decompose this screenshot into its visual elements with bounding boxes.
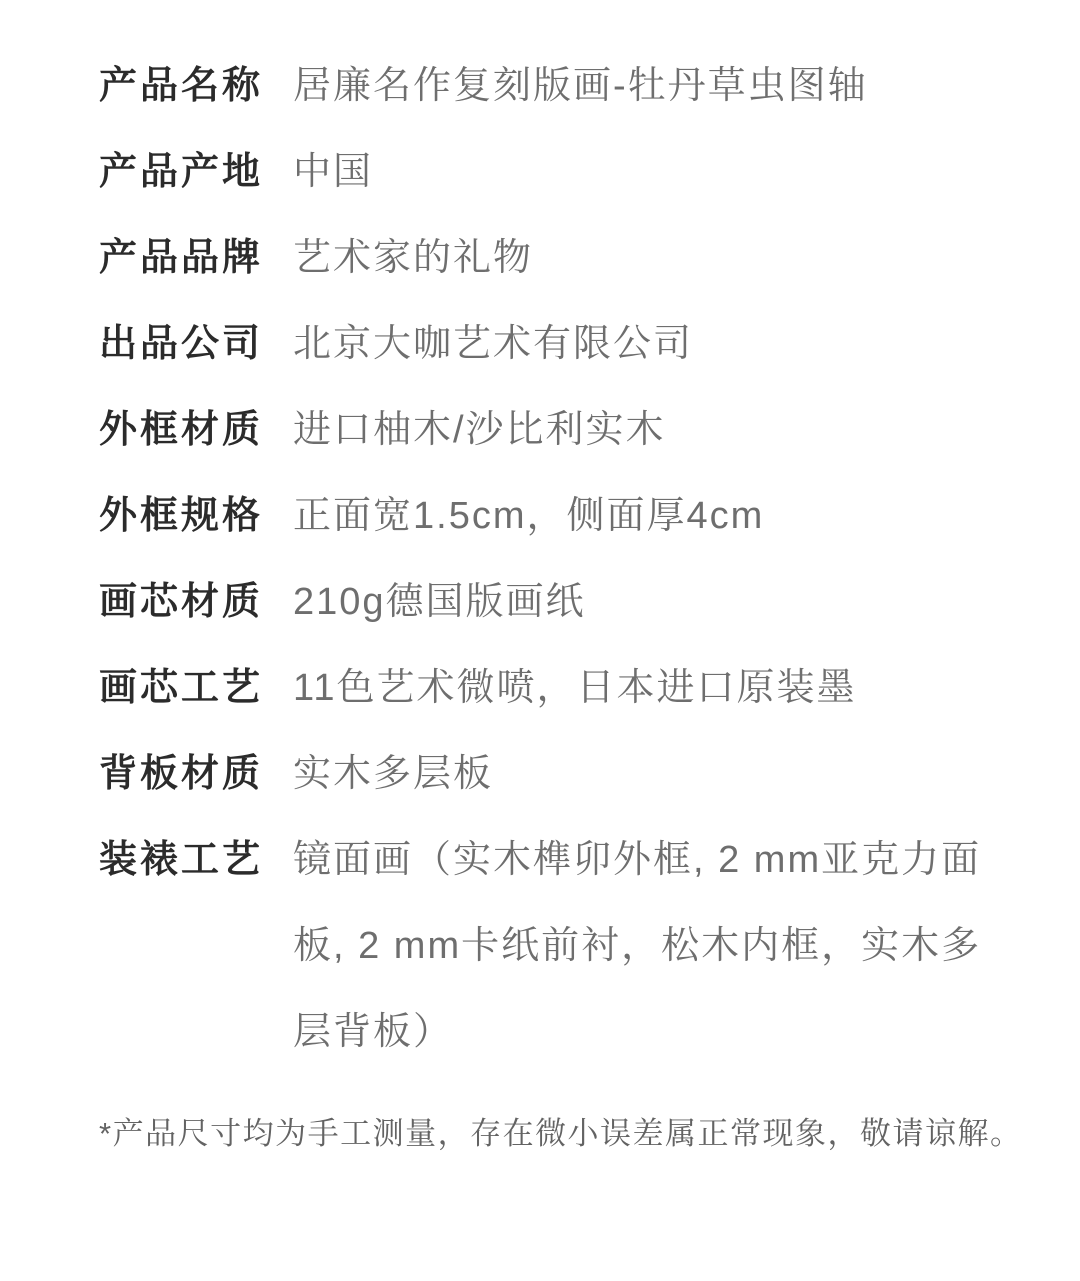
spec-label: 装裱工艺 <box>99 817 293 903</box>
spec-row: 画芯材质 210g德国版画纸 <box>99 559 987 645</box>
spec-value: 正面宽1.5cm，侧面厚4cm <box>293 473 987 559</box>
spec-label: 产品产地 <box>99 129 293 215</box>
spec-label: 外框材质 <box>99 387 293 473</box>
spec-label: 出品公司 <box>99 301 293 387</box>
spec-label: 画芯工艺 <box>99 645 293 731</box>
spec-value: 中国 <box>293 129 987 215</box>
spec-value: 北京大咖艺术有限公司 <box>293 301 987 387</box>
spec-row: 画芯工艺 11色艺术微喷，日本进口原装墨 <box>99 645 987 731</box>
spec-row: 外框材质 进口柚木/沙比利实木 <box>99 387 987 473</box>
spec-value: 镜面画（实木榫卯外框, 2 mm亚克力面板, 2 mm卡纸前衬，松木内框，实木多… <box>293 817 987 1075</box>
spec-value: 进口柚木/沙比利实木 <box>293 387 987 473</box>
spec-label: 画芯材质 <box>99 559 293 645</box>
spec-value: 11色艺术微喷，日本进口原装墨 <box>293 645 987 731</box>
spec-row: 产品产地 中国 <box>99 129 987 215</box>
spec-row: 装裱工艺 镜面画（实木榫卯外框, 2 mm亚克力面板, 2 mm卡纸前衬，松木内… <box>99 817 987 1075</box>
spec-value: 艺术家的礼物 <box>293 215 987 301</box>
spec-row: 背板材质 实木多层板 <box>99 731 987 817</box>
product-spec-sheet: 产品名称 居廉名作复刻版画-牡丹草虫图轴 产品产地 中国 产品品牌 艺术家的礼物… <box>0 0 1080 1281</box>
spec-value: 居廉名作复刻版画-牡丹草虫图轴 <box>293 43 987 129</box>
spec-row: 外框规格 正面宽1.5cm，侧面厚4cm <box>99 473 987 559</box>
spec-label: 产品品牌 <box>99 215 293 301</box>
spec-label: 背板材质 <box>99 731 293 817</box>
spec-label: 产品名称 <box>99 43 293 129</box>
spec-row: 产品名称 居廉名作复刻版画-牡丹草虫图轴 <box>99 43 987 129</box>
spec-value: 210g德国版画纸 <box>293 559 987 645</box>
spec-row: 产品品牌 艺术家的礼物 <box>99 215 987 301</box>
spec-table: 产品名称 居廉名作复刻版画-牡丹草虫图轴 产品产地 中国 产品品牌 艺术家的礼物… <box>99 43 987 1075</box>
disclaimer-note: *产品尺寸均为手工测量，存在微小误差属正常现象，敬请谅解。 <box>99 1111 987 1157</box>
spec-label: 外框规格 <box>99 473 293 559</box>
spec-value: 实木多层板 <box>293 731 987 817</box>
spec-row: 出品公司 北京大咖艺术有限公司 <box>99 301 987 387</box>
